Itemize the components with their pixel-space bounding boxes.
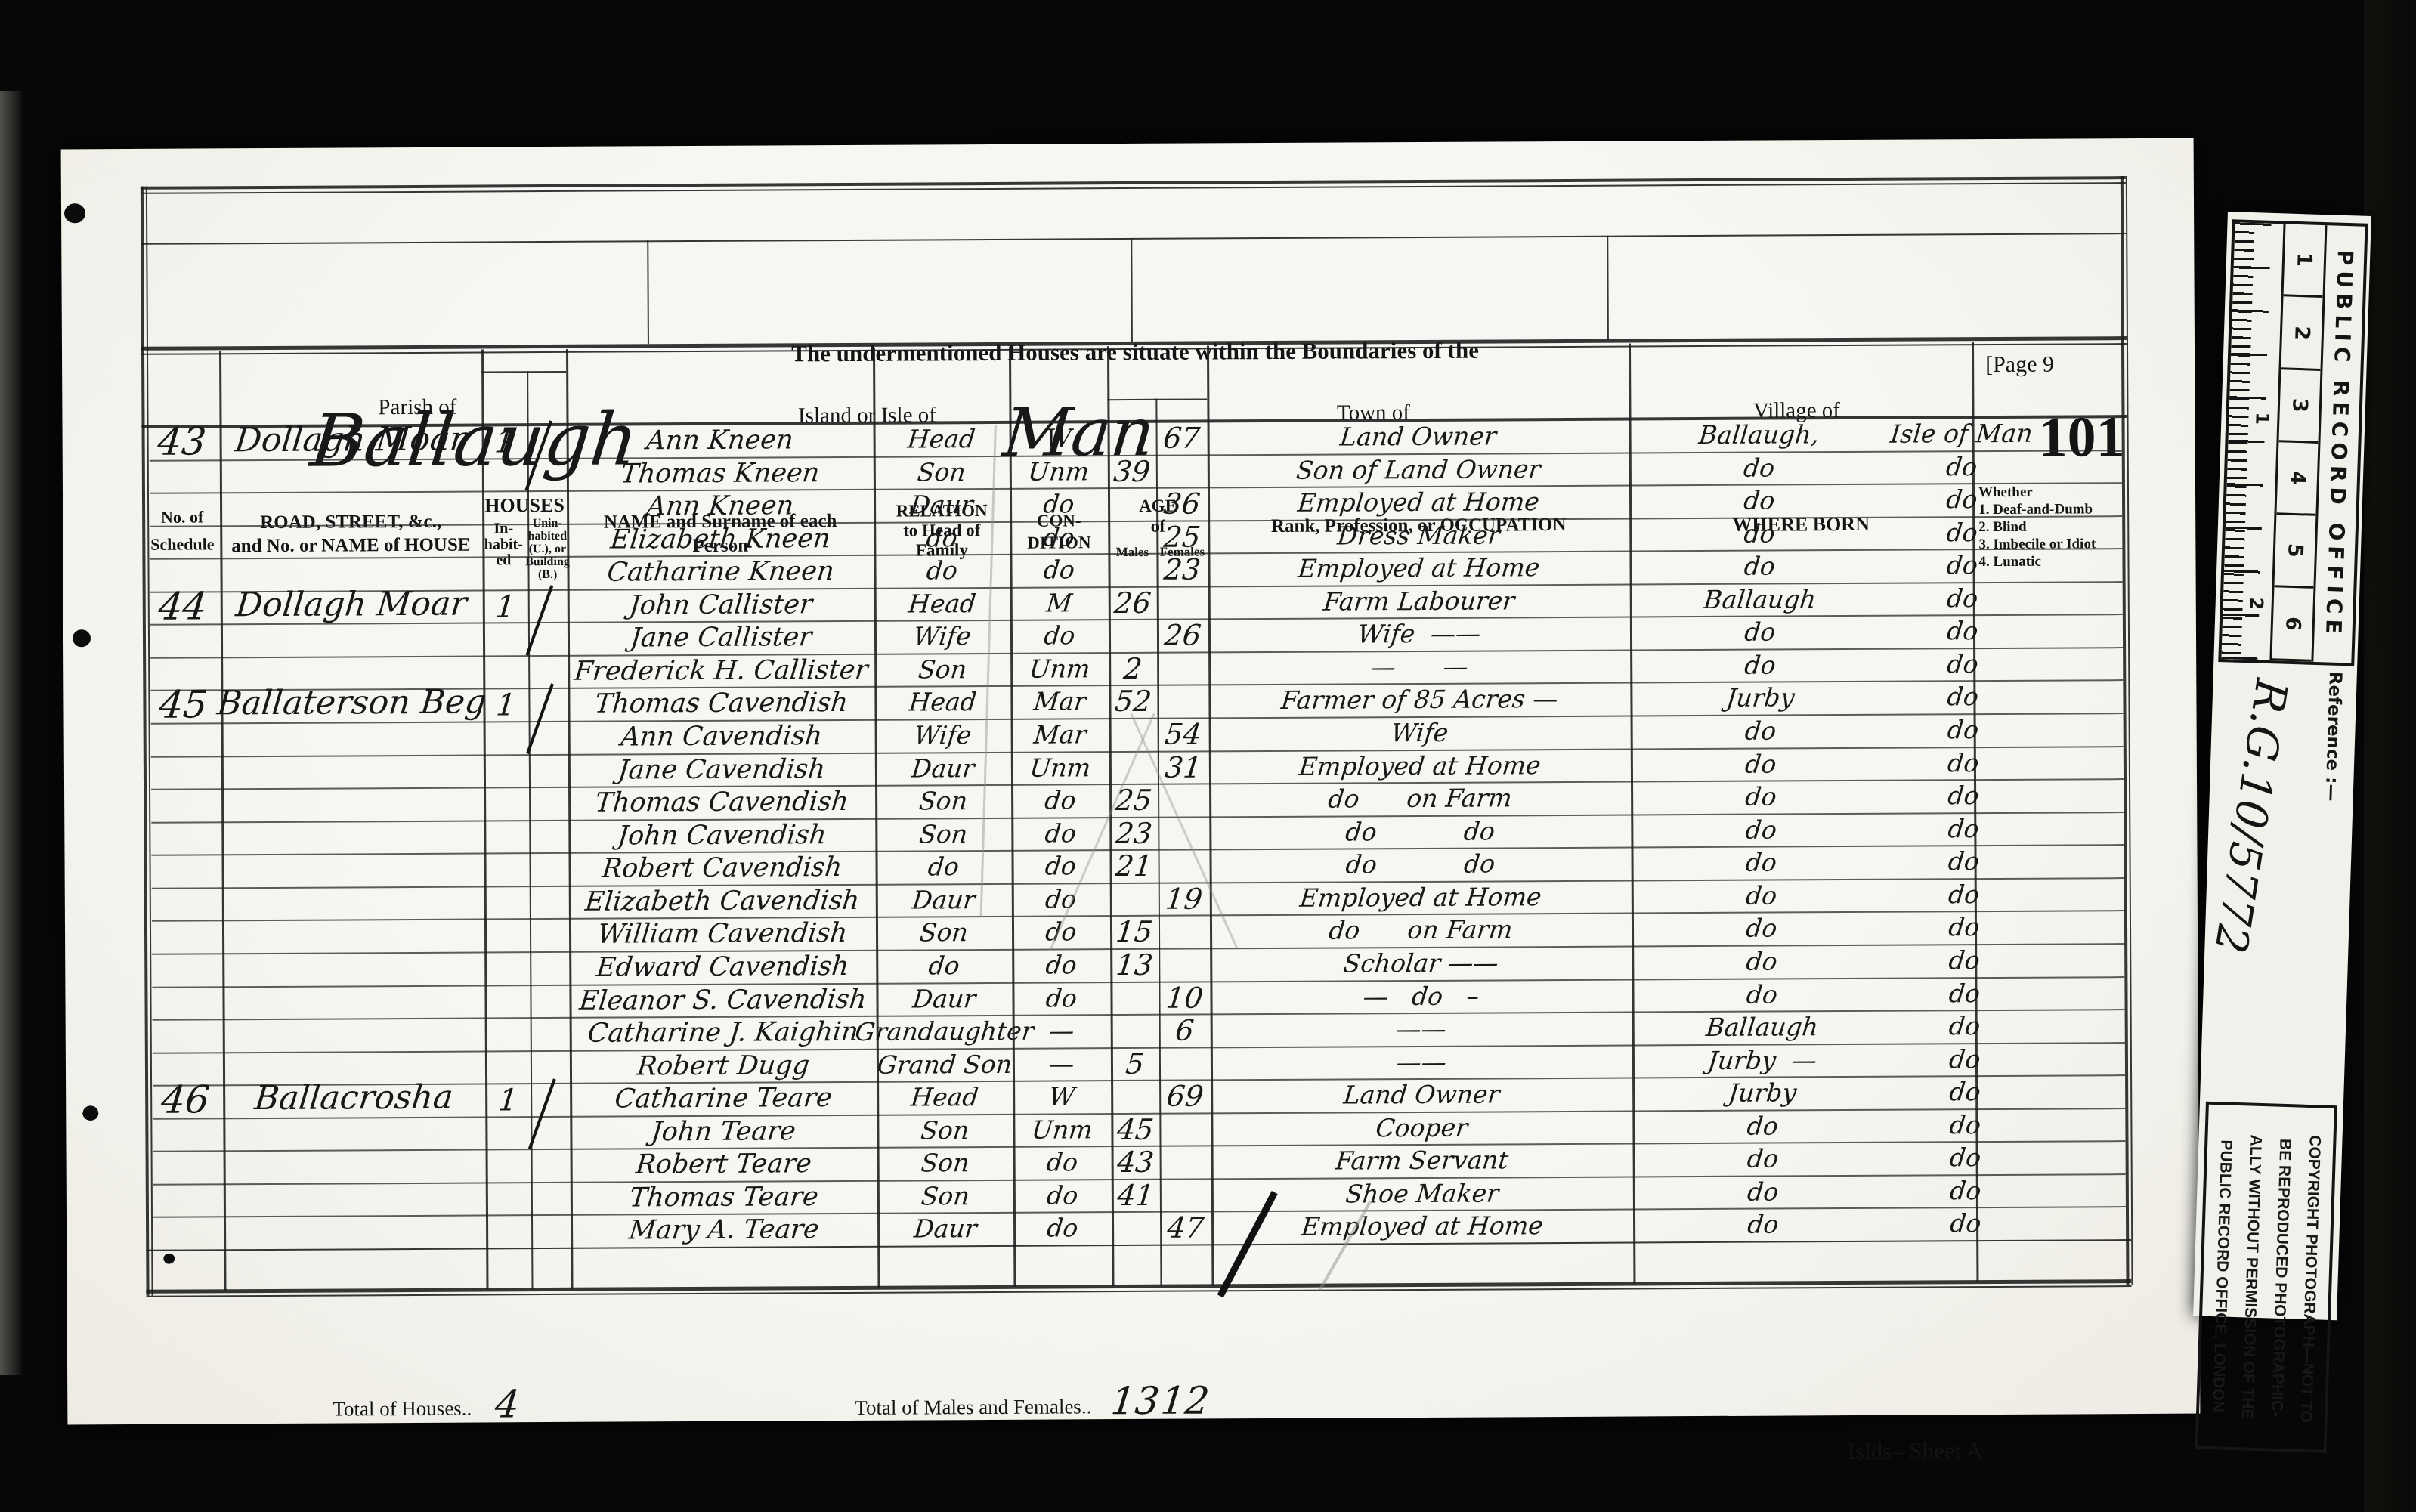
cell-name: Eleanor S. Cavendish: [578, 984, 868, 1016]
cell-born2: do: [1948, 1110, 1982, 1140]
pencil-stroke: [980, 425, 997, 917]
cell-born: do: [1743, 617, 1777, 648]
cell-born2: do: [1945, 550, 1979, 580]
cell-born: Ballaugh: [1703, 584, 1817, 615]
cell-born2: do: [1947, 1044, 1981, 1074]
cell-occ: Wife: [1390, 718, 1450, 748]
cell-name: William Cavendish: [596, 918, 849, 950]
col-whether-header: Whether 1. Deaf-and-Dumb 2. Blind 3. Imb…: [1978, 483, 2096, 570]
table-row-rule: [151, 746, 2124, 758]
cell-born2: do: [1947, 979, 1981, 1009]
cell-relation: do: [925, 555, 959, 586]
cell-f: 23: [1162, 555, 1202, 585]
ruler-cell-number: 1: [2292, 252, 2316, 267]
cell-cond: do: [1046, 1214, 1080, 1244]
cell-relation: Daur: [910, 753, 976, 784]
cell-relation: Son: [917, 786, 969, 816]
col-schedule-header: No. of Schedule: [150, 503, 215, 558]
household-tick-mark: [526, 684, 554, 755]
cell-occ: do on Farm: [1328, 915, 1514, 946]
cell-born: Jurby: [1727, 1078, 1798, 1108]
cell-born2: do: [1949, 1209, 1983, 1239]
cell-born2: Isle of Man: [1889, 419, 2034, 450]
cell-occ: ——: [1395, 1014, 1448, 1044]
cell-m: 15: [1115, 917, 1154, 947]
cell-born: do: [1743, 749, 1777, 779]
cell-f: 19: [1165, 883, 1204, 914]
table-rule-vertical: [647, 240, 649, 344]
cell-relation: Wife: [912, 621, 973, 651]
reference-value: R.G.10/5772: [2204, 676, 2297, 957]
cell-born: do: [1743, 518, 1777, 549]
cell-occ: Farm Servant: [1334, 1146, 1510, 1177]
census-sheet: The undermentioned Houses are situate wi…: [61, 138, 2201, 1425]
col-males-header: Males: [1116, 545, 1149, 560]
cell-f: 26: [1163, 620, 1202, 651]
cell-cond: do: [1042, 489, 1076, 519]
cell-born: Ballaugh,: [1697, 419, 1821, 450]
cell-cond: Unm: [1029, 753, 1092, 783]
cell-name: Catharine Kneen: [606, 556, 836, 588]
cell-cond: do: [1042, 555, 1076, 586]
cell-f: 36: [1162, 489, 1202, 519]
cell-relation: Daur: [911, 984, 977, 1014]
table-body: 43Dollagh Moar1Ann KneenHeadW67Land Owne…: [61, 138, 2194, 150]
ruler-cell-number: 2: [2290, 325, 2314, 340]
cell-relation: Grand Son: [876, 1049, 1013, 1080]
ruler-inch-1: 1: [2251, 412, 2273, 425]
cell-cond: do: [1044, 884, 1078, 914]
cell-cond: do: [1044, 983, 1078, 1013]
ruler: 1 2 1 2 3 4 5 6 PUBLIC RECORD OFFICE: [2218, 219, 2368, 666]
cell-road: Ballaterson Beg: [215, 685, 487, 722]
table-rule-vertical: [1607, 236, 1609, 339]
cell-name: Catharine Teare: [614, 1083, 834, 1115]
cell-relation: Head: [908, 688, 978, 718]
cell-name: Elizabeth Kneen: [609, 524, 832, 555]
cell-name: Edward Cavendish: [595, 951, 850, 983]
cell-name: Robert Cavendish: [601, 852, 843, 884]
cell-born2: do: [1947, 945, 1981, 976]
cell-cond: do: [1042, 621, 1076, 651]
cell-name: Robert Teare: [635, 1149, 813, 1180]
archive-reference-strip: 1 2 1 2 3 4 5 6 PUBLIC RECORD OFFICE Ref…: [2193, 212, 2371, 1320]
cell-born2: do: [1947, 880, 1981, 910]
cell-born: do: [1746, 1210, 1780, 1240]
cell-occ: Dress Maker: [1336, 520, 1502, 551]
cell-relation: Son: [920, 1181, 971, 1211]
cell-occ: do do: [1344, 816, 1496, 847]
cell-occ: do on Farm: [1327, 784, 1514, 815]
cell-born2: do: [1947, 1011, 1981, 1041]
totals-houses-label: Total of Houses..: [211, 1397, 472, 1422]
cell-cond: W: [1047, 1082, 1076, 1112]
cell-cond: do: [1044, 950, 1078, 980]
col-road-header: ROAD, STREET, &c., and No. or NAME of HO…: [231, 510, 471, 558]
adjacent-page-edge: [0, 91, 23, 1375]
cell-f: 10: [1165, 982, 1204, 1013]
cell-born: do: [1743, 486, 1777, 516]
cell-relation: Son: [918, 918, 970, 948]
ruler-cell-number: 3: [2288, 397, 2312, 413]
table-rule-horizontal: [481, 371, 566, 373]
cell-f: 6: [1174, 1016, 1196, 1046]
cell-name: John Cavendish: [616, 820, 828, 851]
cell-inhab: 1: [497, 1084, 519, 1116]
cell-occ: Land Owner: [1338, 421, 1497, 452]
totals-mf-label: Total of Males and Females..: [683, 1395, 1091, 1421]
cell-born2: do: [1945, 616, 1979, 646]
cell-name: Jane Callister: [629, 623, 813, 654]
cell-cond: do: [1044, 852, 1078, 882]
table-rule-horizontal: [146, 1239, 2131, 1251]
cell-born2: do: [1946, 748, 1980, 778]
ink-blob: [73, 629, 91, 647]
cell-born2: do: [1947, 814, 1981, 844]
cell-cond: do: [1042, 522, 1076, 552]
cell-m: 25: [1114, 785, 1153, 815]
cell-f: 47: [1166, 1213, 1205, 1243]
copyright-text: COPYRIGHT PHOTOGRAPH—NOT TO BE REPRODUCE…: [2203, 1132, 2330, 1423]
cell-cond: Mar: [1032, 719, 1087, 750]
cell-road: Dollagh Moar: [234, 422, 468, 459]
ruler-inch-2: 2: [2245, 597, 2267, 611]
cell-occ: Land Owner: [1342, 1080, 1501, 1111]
cell-born2: do: [1945, 583, 1979, 614]
cell-cond: do: [1044, 786, 1078, 816]
office-name-text: PUBLIC RECORD OFFICE: [2321, 249, 2358, 639]
cell-born2: do: [1946, 682, 1980, 713]
ruler-cell-number: 4: [2285, 471, 2309, 486]
cell-cond: do: [1045, 1180, 1079, 1211]
cell-name: Thomas Cavendish: [593, 688, 849, 719]
cell-name: Jane Cavendish: [617, 754, 827, 785]
totals-houses-value: 4: [493, 1386, 521, 1422]
cell-cond: Unm: [1028, 654, 1091, 684]
cell-m: 13: [1115, 950, 1154, 980]
cell-occ: Employed at Home: [1300, 1211, 1545, 1243]
cell-born: do: [1746, 1177, 1780, 1207]
cell-born2: do: [1948, 1077, 1982, 1107]
cell-name: Catharine J. Kaighin: [586, 1017, 860, 1049]
cell-occ: Scholar ——: [1342, 948, 1500, 979]
cell-road: Ballacrosha: [253, 1081, 455, 1116]
ruler-cell-number: 6: [2281, 616, 2305, 631]
household-tick-mark: [525, 585, 553, 656]
table-row-rule: [153, 1009, 2125, 1021]
cell-born: do: [1745, 914, 1779, 944]
cell-schedule: 44: [157, 588, 209, 624]
ink-blob: [163, 1254, 175, 1264]
cell-born2: do: [1948, 1176, 1982, 1206]
cell-m: 21: [1114, 851, 1153, 881]
table-rule-vertical: [1131, 238, 1133, 342]
cell-born2: do: [1947, 912, 1981, 942]
cell-occ: Farmer of 85 Acres —: [1279, 684, 1559, 716]
scanned-census-photo: The undermentioned Houses are situate wi…: [0, 0, 2416, 1512]
cell-name: Ann Cavendish: [620, 721, 824, 752]
ink-blob: [82, 1105, 98, 1121]
cell-occ: Son of Land Owner: [1295, 454, 1542, 486]
cell-name: Frederick H. Callister: [573, 655, 869, 687]
cell-f: 69: [1165, 1081, 1205, 1112]
table-rule-horizontal: [141, 233, 2126, 245]
cell-occ: — do –: [1362, 981, 1480, 1012]
cell-relation: Grandaughter: [854, 1016, 1035, 1047]
cell-relation: Daur: [911, 885, 976, 915]
cell-born: do: [1744, 880, 1778, 911]
cell-name: Robert Dugg: [636, 1050, 811, 1081]
cell-name: Mary A. Teare: [627, 1215, 821, 1246]
cell-born: do: [1745, 946, 1779, 976]
cell-m: 5: [1124, 1049, 1146, 1079]
cell-schedule: 43: [156, 423, 207, 459]
cell-f: 54: [1163, 719, 1202, 750]
page-ref: [Page 9: [1985, 352, 2054, 378]
cell-cond: —: [1047, 1016, 1075, 1046]
cell-born: do: [1743, 650, 1777, 680]
cell-cond: M: [1045, 588, 1074, 618]
cell-cond: do: [1045, 1148, 1079, 1178]
cell-relation: do: [927, 951, 961, 981]
cell-m: 41: [1116, 1180, 1155, 1211]
sheet-note: Islds– Sheet A: [1848, 1437, 1983, 1465]
copyright-notice: COPYRIGHT PHOTOGRAPH—NOT TO BE REPRODUCE…: [2195, 1102, 2337, 1453]
cell-occ: Farm Labourer: [1322, 586, 1516, 617]
totals-females-value: 12: [1159, 1382, 1211, 1418]
cell-born: Jurby: [1725, 683, 1796, 713]
photo-dark-margin: [2364, 0, 2416, 1512]
cell-schedule: 45: [157, 687, 209, 723]
cell-relation: do: [925, 523, 959, 553]
cell-inhab: 1: [493, 426, 516, 458]
cell-m: 45: [1115, 1115, 1155, 1145]
cell-born: do: [1746, 1144, 1780, 1174]
cell-cond: Unm: [1030, 1115, 1094, 1145]
cell-occ: Employed at Home: [1297, 552, 1542, 584]
cell-road: Dollagh Moar: [234, 586, 469, 623]
cell-relation: Son: [920, 1148, 971, 1178]
cell-relation: Son: [917, 819, 969, 849]
cell-m: 43: [1115, 1147, 1155, 1177]
cell-m: 2: [1122, 654, 1143, 684]
cell-born: Jurby —: [1706, 1045, 1818, 1076]
cell-m: 23: [1114, 818, 1153, 849]
cell-f: 67: [1162, 423, 1201, 453]
cell-relation: Son: [917, 654, 968, 685]
cell-occ: Shoe Maker: [1344, 1178, 1501, 1209]
household-tick-mark: [528, 1078, 556, 1149]
cell-born: Ballaugh: [1705, 1012, 1820, 1043]
ruler-ticks-long: [2221, 222, 2271, 660]
totals-males-value: 13: [1109, 1383, 1161, 1419]
cell-relation: Son: [916, 457, 967, 487]
cell-occ: ——: [1395, 1047, 1448, 1077]
cell-born2: do: [1944, 452, 1978, 482]
cell-cond: Mar: [1032, 687, 1087, 717]
cell-occ: — —: [1369, 652, 1470, 683]
cell-relation: do: [926, 852, 961, 882]
cell-cond: do: [1044, 917, 1078, 948]
cell-inhab: 1: [494, 591, 517, 623]
cell-born2: do: [1948, 1143, 1982, 1173]
cell-born: do: [1744, 782, 1778, 812]
ruler-cell-number: 5: [2283, 543, 2307, 558]
col-uninhabited-header: Unin- habited (U.), or Building (B.): [525, 517, 570, 581]
cell-cond: Unm: [1027, 456, 1090, 487]
cell-occ: Employed at Home: [1298, 750, 1542, 782]
col-houses-header: HOUSES: [484, 494, 565, 518]
cell-inhab: 1: [495, 690, 518, 722]
reference-box: Reference :— R.G.10/5772: [2200, 662, 2357, 1096]
cell-name: Ann Kneen: [645, 425, 795, 456]
cell-cond: do: [1044, 818, 1078, 849]
cell-relation: Head: [910, 1082, 980, 1112]
cell-born: do: [1742, 453, 1776, 483]
cell-born2: do: [1946, 715, 1980, 745]
cell-occ: Employed at Home: [1298, 882, 1543, 914]
cell-f: 25: [1162, 521, 1202, 552]
ruler-ticks: [2221, 222, 2254, 660]
cell-born: do: [1745, 979, 1779, 1010]
reference-label: Reference :—: [2322, 671, 2345, 801]
cell-born2: do: [1945, 518, 1979, 548]
cell-born2: do: [1947, 846, 1981, 877]
cell-born2: do: [1947, 781, 1981, 811]
col-inhabited-header: In- habit- ed: [484, 521, 523, 568]
ink-blob: [64, 203, 85, 223]
cell-born: do: [1744, 848, 1778, 878]
cell-name: Thomas Teare: [628, 1182, 820, 1213]
cell-occ: Wife ——: [1356, 619, 1483, 650]
cell-relation: Daur: [908, 490, 974, 520]
cell-name: John Teare: [650, 1116, 797, 1147]
cell-name: Ann Kneen: [645, 490, 795, 521]
cell-born: do: [1744, 815, 1778, 845]
cell-name: John Callister: [628, 589, 814, 620]
cell-name: Thomas Kneen: [619, 458, 821, 489]
cell-relation: Head: [906, 424, 976, 454]
cell-born: do: [1743, 552, 1777, 582]
cell-occ: do do: [1344, 849, 1496, 880]
cell-f: 31: [1164, 752, 1203, 782]
cell-born2: do: [1945, 484, 1979, 515]
cell-m: 52: [1113, 686, 1152, 716]
cell-occ: Cooper: [1375, 1112, 1469, 1143]
cell-name: Thomas Cavendish: [594, 787, 850, 818]
cell-m: 39: [1112, 456, 1152, 486]
cell-born2: do: [1946, 649, 1980, 679]
cell-name: Elizabeth Cavendish: [583, 886, 861, 917]
cell-schedule: 46: [159, 1082, 211, 1118]
cell-m: 26: [1113, 588, 1152, 618]
cell-occ: Employed at Home: [1296, 487, 1541, 518]
cell-cond: W: [1044, 423, 1073, 453]
cell-relation: Head: [907, 589, 977, 619]
cell-born: do: [1746, 1111, 1780, 1141]
cell-born: do: [1743, 716, 1777, 747]
cell-relation: Daur: [913, 1214, 979, 1244]
cell-cond: —: [1047, 1049, 1075, 1079]
cell-relation: Son: [920, 1115, 971, 1146]
cell-relation: Wife: [913, 720, 973, 750]
